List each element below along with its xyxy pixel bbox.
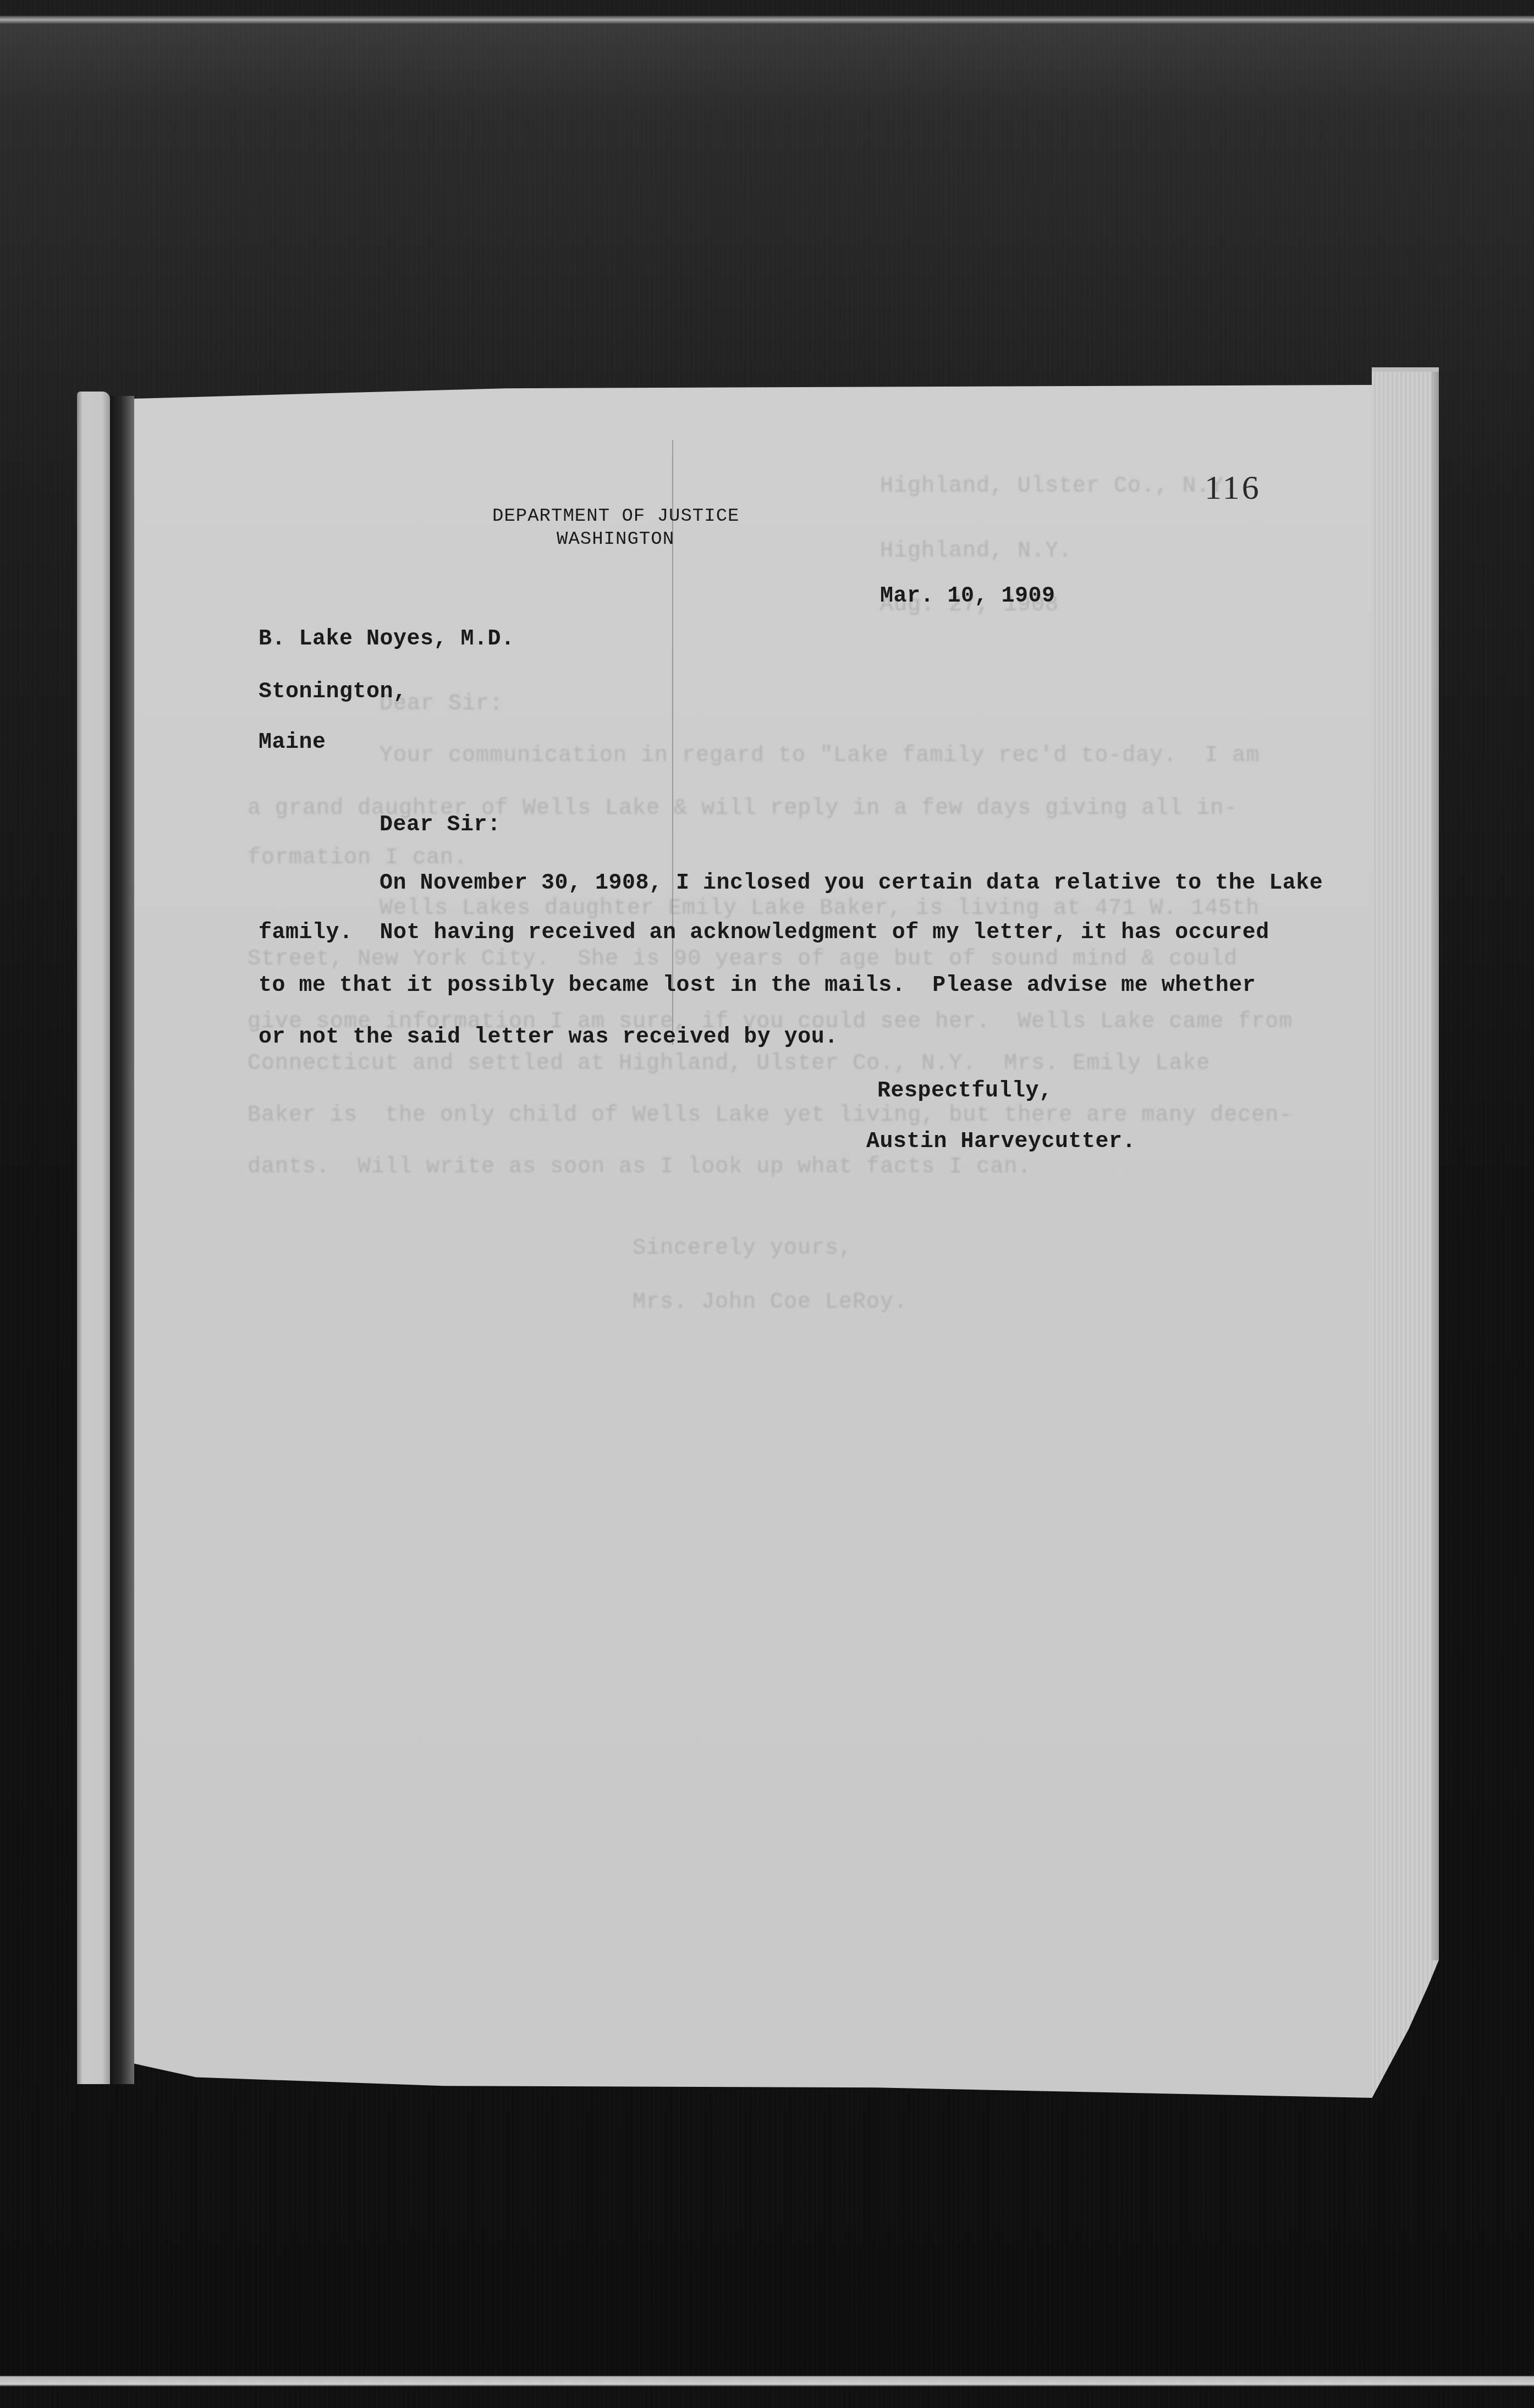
ghost-line: Wells Lakes daughter Emily Lake Baker, i… [380,896,1260,921]
ghost-line: Baker is the only child of Wells Lake ye… [248,1103,1293,1128]
ghost-closing: Sincerely yours, [633,1236,853,1261]
ghost-line: dants. Will write as soon as I look up w… [248,1155,1031,1180]
previous-page-edge [77,392,110,2084]
body-line: family. Not having received an acknowled… [259,921,1269,945]
body-line: or not the said letter was received by y… [259,1025,838,1050]
ghost-line: Street, New York City. She is 90 years o… [248,947,1238,972]
body-line: to me that it possibly became lost in th… [259,973,1256,998]
ghost-place: Highland, N.Y. [880,539,1073,564]
signature: Austin Harveycutter. [866,1129,1136,1154]
page-number: 116 [1205,469,1261,508]
closing: Respectfully, [877,1079,1053,1104]
ghost-signature: Mrs. John Coe LeRoy. [633,1290,908,1315]
recipient-state: Maine [259,730,326,755]
ghost-line: Your communication in regard to "Lake fa… [380,743,1260,768]
page-stack-edge [1372,367,1439,2098]
letterhead-city: WASHINGTON [557,529,674,550]
recipient-city: Stonington, [259,680,407,704]
recipient-name: B. Lake Noyes, M.D. [259,627,515,652]
letter-date: Mar. 10, 1909 [880,584,1055,609]
ghost-line: Connecticut and settled at Highland, Uls… [248,1051,1210,1076]
ghost-place-header: Highland, Ulster Co., N.Y. [880,474,1238,499]
salutation: Dear Sir: [380,813,501,837]
book-gutter [110,396,134,2084]
ghost-line: formation I can. [248,846,468,870]
letterhead-department: DEPARTMENT OF JUSTICE [492,506,739,527]
body-line: On November 30, 1908, I inclosed you cer… [380,871,1323,896]
